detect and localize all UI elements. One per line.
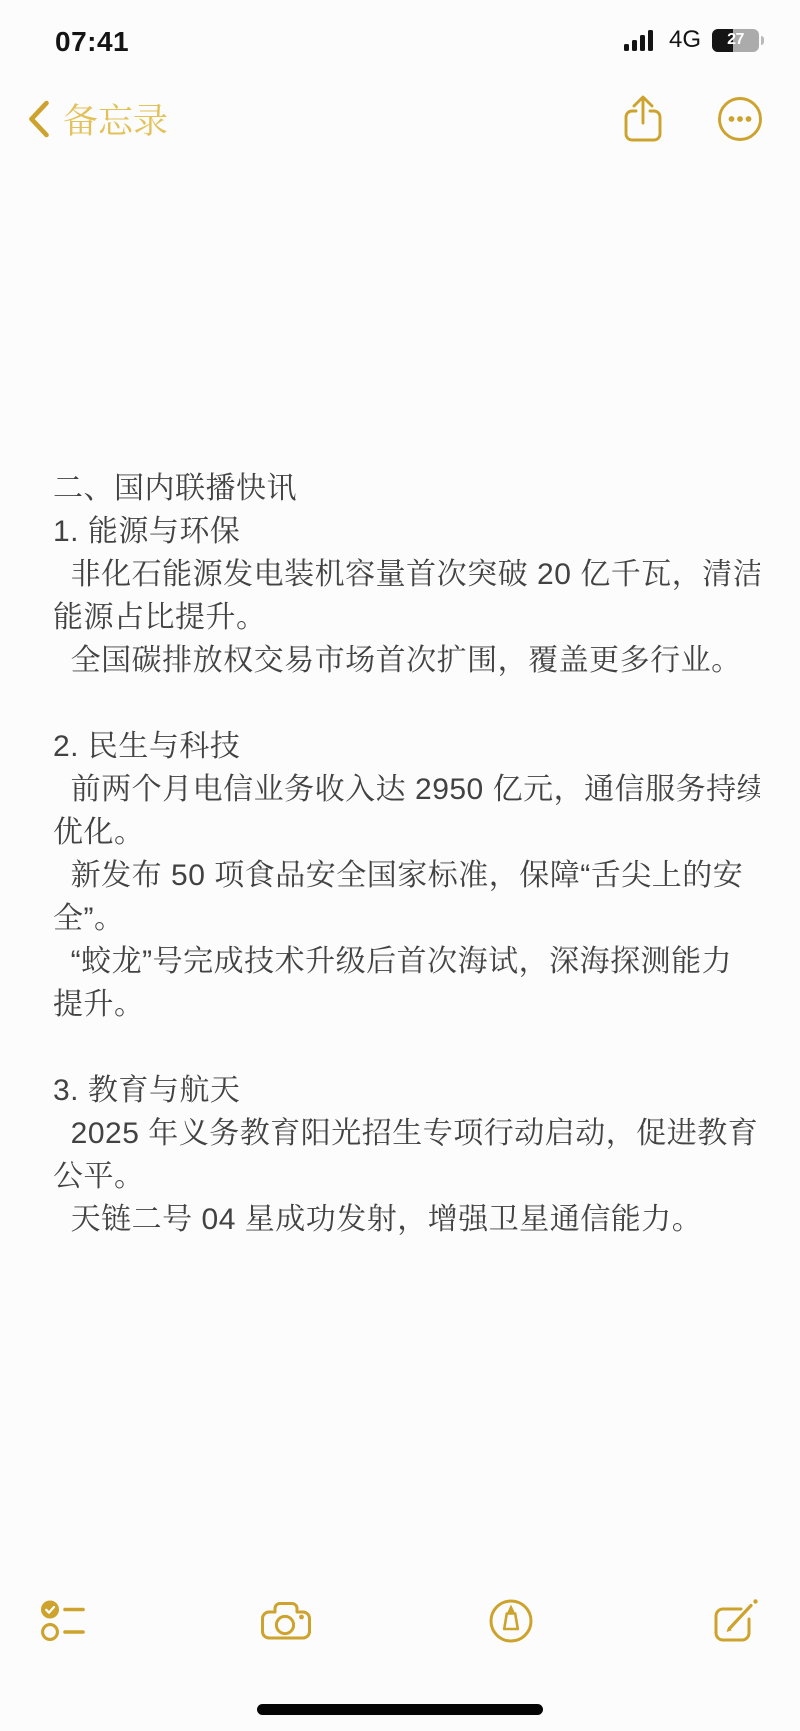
battery-cap (761, 36, 764, 45)
share-icon (620, 93, 666, 145)
note-line: 公平。 (53, 1155, 760, 1198)
note-line: “蛟龙”号完成技术升级后首次海试，深海探测能力 (53, 940, 760, 983)
checklist-icon (40, 1598, 86, 1644)
note-line (53, 682, 760, 725)
more-button[interactable] (716, 95, 764, 143)
markup-button[interactable] (487, 1597, 535, 1645)
battery-percent-label: 27 (712, 29, 759, 52)
checklist-button[interactable] (40, 1598, 86, 1644)
note-line: 1. 能源与环保 (53, 510, 760, 553)
toolbar (0, 1596, 800, 1646)
note-line: 能源占比提升。 (53, 596, 760, 639)
battery-indicator: 27 (712, 29, 759, 52)
camera-button[interactable] (261, 1600, 311, 1642)
compose-button[interactable] (710, 1596, 760, 1646)
note-line: 3. 教育与航天 (53, 1069, 760, 1112)
network-type-label: 4G (669, 26, 701, 54)
note-line (53, 1026, 760, 1069)
ellipsis-circle-icon (716, 95, 764, 143)
back-label: 备忘录 (63, 94, 168, 144)
back-button[interactable]: 备忘录 (26, 94, 168, 144)
home-indicator[interactable] (257, 1704, 543, 1715)
note-line: 天链二号 04 星成功发射，增强卫星通信能力。 (53, 1198, 760, 1241)
note-line: 优化。 (53, 811, 760, 854)
note-content[interactable]: 二、国内联播快讯1. 能源与环保 非化石能源发电装机容量首次突破 20 亿千瓦，… (0, 164, 800, 1241)
markup-icon (487, 1597, 535, 1645)
note-line: 非化石能源发电装机容量首次突破 20 亿千瓦，清洁 (53, 553, 760, 596)
note-line: 前两个月电信业务收入达 2950 亿元，通信服务持续 (53, 768, 760, 811)
note-line: 全国碳排放权交易市场首次扩围，覆盖更多行业。 (53, 639, 760, 682)
note-line: 2. 民生与科技 (53, 725, 760, 768)
notes-app-screen: 07:41 4G 27 备忘录 (0, 0, 800, 1731)
clock-label: 07:41 (55, 26, 129, 58)
note-line: 新发布 50 项食品安全国家标准，保障“舌尖上的安 (53, 854, 760, 897)
status-indicators: 4G 27 (624, 26, 764, 54)
compose-icon (710, 1596, 760, 1646)
cellular-signal-icon (624, 28, 658, 52)
status-bar: 07:41 4G 27 (0, 0, 800, 74)
nav-bar: 备忘录 (0, 74, 800, 164)
chevron-left-icon (26, 99, 51, 139)
camera-icon (261, 1600, 311, 1642)
note-line: 全”。 (53, 897, 760, 940)
note-line: 二、国内联播快讯 (53, 467, 760, 510)
note-line: 提升。 (53, 983, 760, 1026)
nav-actions (620, 93, 764, 145)
note-line: 2025 年义务教育阳光招生专项行动启动，促进教育 (53, 1112, 760, 1155)
share-button[interactable] (620, 93, 666, 145)
